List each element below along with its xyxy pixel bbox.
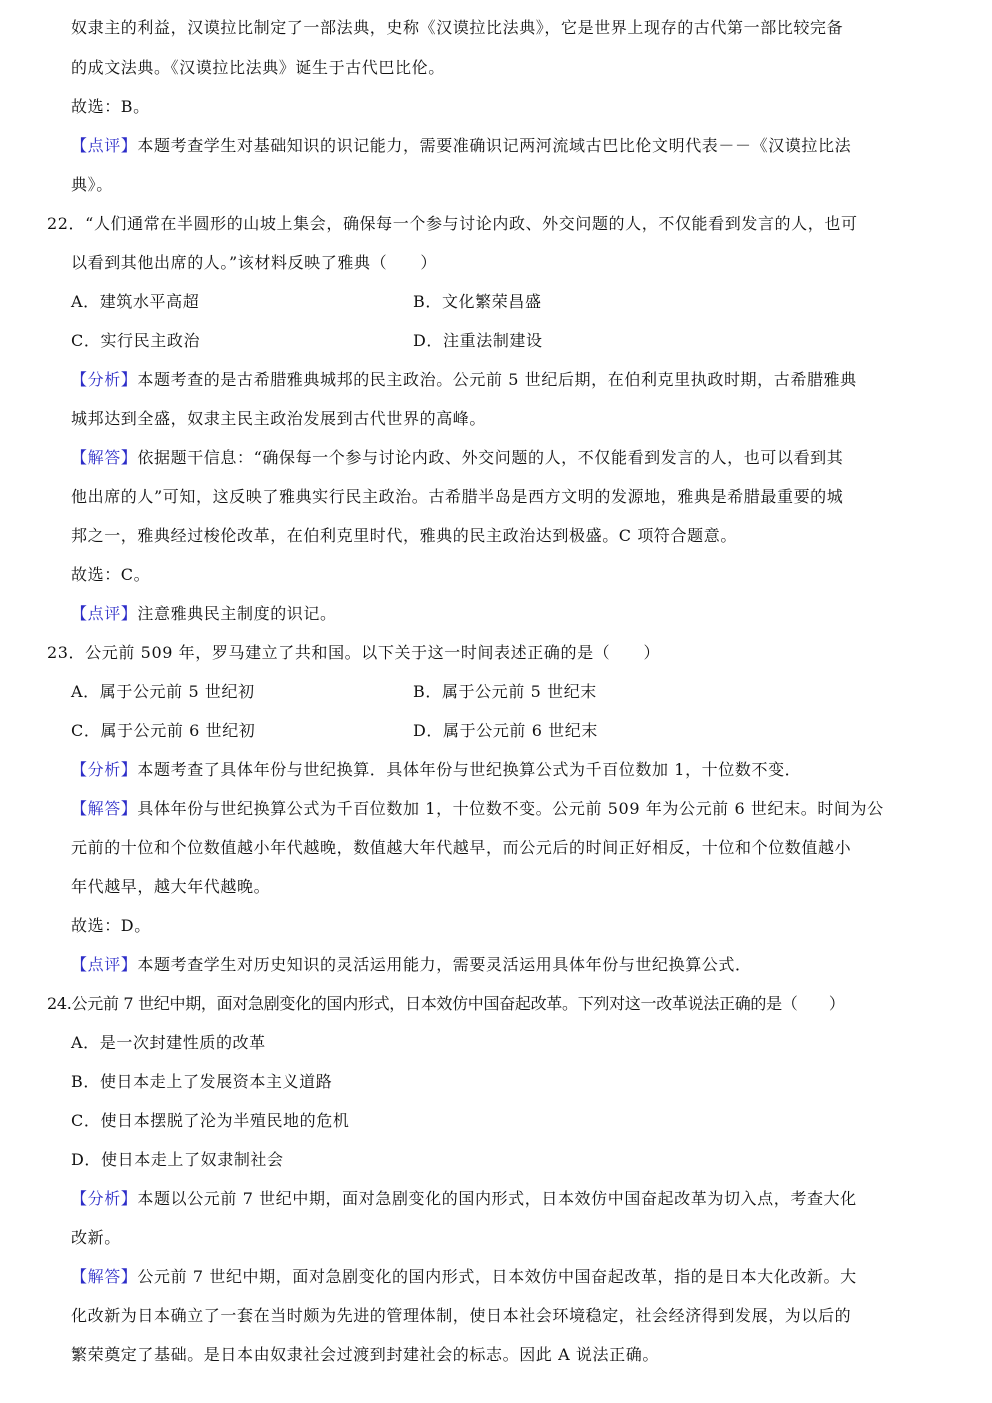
question-22-stem-line-2: 以看到其他出席的人。”该材料反映了雅典（ ）	[71, 253, 437, 273]
comment-tag: 【点评】	[71, 136, 137, 155]
prev-explanation-line-2: 的成文法典。《汉谟拉比法典》诞生于古代巴比伦。	[71, 58, 445, 78]
question-22-solution: 【解答】依据题干信息：“确保每一个参与讨论内政、外交问题的人，不仅能看到发言的人…	[71, 448, 843, 468]
question-23-option-b: B．属于公元前 5 世纪末	[413, 682, 597, 702]
question-number: 23．	[47, 643, 85, 662]
prev-comment-line-2: 典》。	[71, 175, 113, 195]
comment-tag: 【点评】	[71, 604, 137, 623]
question-22-option-b: B．文化繁荣昌盛	[413, 292, 542, 312]
question-23-solution-line-2: 元前的十位和个位数值越小年代越晚，数值越大年代越早，而公元后的时间正好相反，十位…	[71, 838, 851, 858]
prev-answer: 故选：B。	[71, 97, 150, 117]
question-22-option-a: A．建筑水平高超	[71, 292, 199, 312]
question-23-solution: 【解答】具体年份与世纪换算公式为千百位数加 1，十位数不变。公元前 509 年为…	[71, 799, 884, 819]
question-24-stem: 24.公元前 7 世纪中期，面对急剧变化的国内形式，日本效仿中国奋起改革。下列对…	[47, 994, 845, 1014]
question-22-analysis-line-2: 城邦达到全盛，奴隶主民主政治发展到古代世界的高峰。	[71, 409, 486, 429]
question-22-stem: 22．“人们通常在半圆形的山坡上集会，确保每一个参与讨论内政、外交问题的人，不仅…	[47, 214, 858, 234]
question-22-option-c: C．实行民主政治	[71, 331, 200, 351]
analysis-tag: 【分析】	[71, 1189, 137, 1208]
question-23-option-d: D．属于公元前 6 世纪末	[413, 721, 598, 741]
question-22-solution-line-2: 他出席的人”可知，这反映了雅典实行民主政治。古希腊半岛是西方文明的发源地，雅典是…	[71, 487, 843, 507]
comment-tag: 【点评】	[71, 955, 137, 974]
question-23-solution-line-3: 年代越早，越大年代越晚。	[71, 877, 270, 897]
question-number: 24.	[47, 994, 72, 1013]
analysis-tag: 【分析】	[71, 370, 137, 389]
question-23-comment: 【点评】本题考查学生对历史知识的灵活运用能力，需要灵活运用具体年份与世纪换算公式…	[71, 955, 752, 975]
solution-tag: 【解答】	[71, 448, 137, 467]
question-23-option-c: C．属于公元前 6 世纪初	[71, 721, 255, 741]
question-22-analysis: 【分析】本题考查的是古希腊雅典城邦的民主政治。公元前 5 世纪后期，在伯利克里执…	[71, 370, 857, 390]
prev-explanation-line-1: 奴隶主的利益，汉谟拉比制定了一部法典，史称《汉谟拉比法典》，它是世界上现存的古代…	[71, 18, 843, 38]
question-number: 22．	[47, 214, 85, 233]
question-24-option-d: D．使日本走上了奴隶制社会	[71, 1150, 284, 1170]
question-24-analysis-line-2: 改新。	[71, 1228, 121, 1248]
question-24-option-a: A．是一次封建性质的改革	[71, 1033, 266, 1053]
question-24-solution-line-2: 化改新为日本确立了一套在当时颇为先进的管理体制，使日本社会环境稳定，社会经济得到…	[71, 1306, 851, 1326]
question-23-answer: 故选：D。	[71, 916, 151, 936]
question-22-option-d: D．注重法制建设	[413, 331, 543, 351]
prev-comment: 【点评】本题考查学生对基础知识的识记能力，需要准确识记两河流域古巴比伦文明代表－…	[71, 136, 851, 156]
question-24-solution: 【解答】公元前 7 世纪中期，面对急剧变化的国内形式，日本效仿中国奋起改革，指的…	[71, 1267, 857, 1287]
solution-tag: 【解答】	[71, 1267, 137, 1286]
question-24-solution-line-3: 繁荣奠定了基础。是日本由奴隶社会过渡到封建社会的标志。因此 A 说法正确。	[71, 1345, 659, 1365]
question-24-option-c: C．使日本摆脱了沦为半殖民地的危机	[71, 1111, 349, 1131]
solution-tag: 【解答】	[71, 799, 137, 818]
question-22-comment: 【点评】注意雅典民主制度的识记。	[71, 604, 337, 624]
question-24-option-b: B．使日本走上了发展资本主义道路	[71, 1072, 332, 1092]
analysis-tag: 【分析】	[71, 760, 137, 779]
question-23-analysis: 【分析】本题考查了具体年份与世纪换算．具体年份与世纪换算公式为千百位数加 1，十…	[71, 760, 801, 780]
question-22-solution-line-3: 邦之一，雅典经过梭伦改革，在伯利克里时代，雅典的民主政治达到极盛。C 项符合题意…	[71, 526, 737, 546]
question-24-analysis: 【分析】本题以公元前 7 世纪中期，面对急剧变化的国内形式，日本效仿中国奋起改革…	[71, 1189, 857, 1209]
question-23-option-a: A．属于公元前 5 世纪初	[71, 682, 255, 702]
question-23-stem: 23．公元前 509 年，罗马建立了共和国。以下关于这一时间表述正确的是（ ）	[47, 643, 660, 663]
question-22-answer: 故选：C。	[71, 565, 150, 585]
